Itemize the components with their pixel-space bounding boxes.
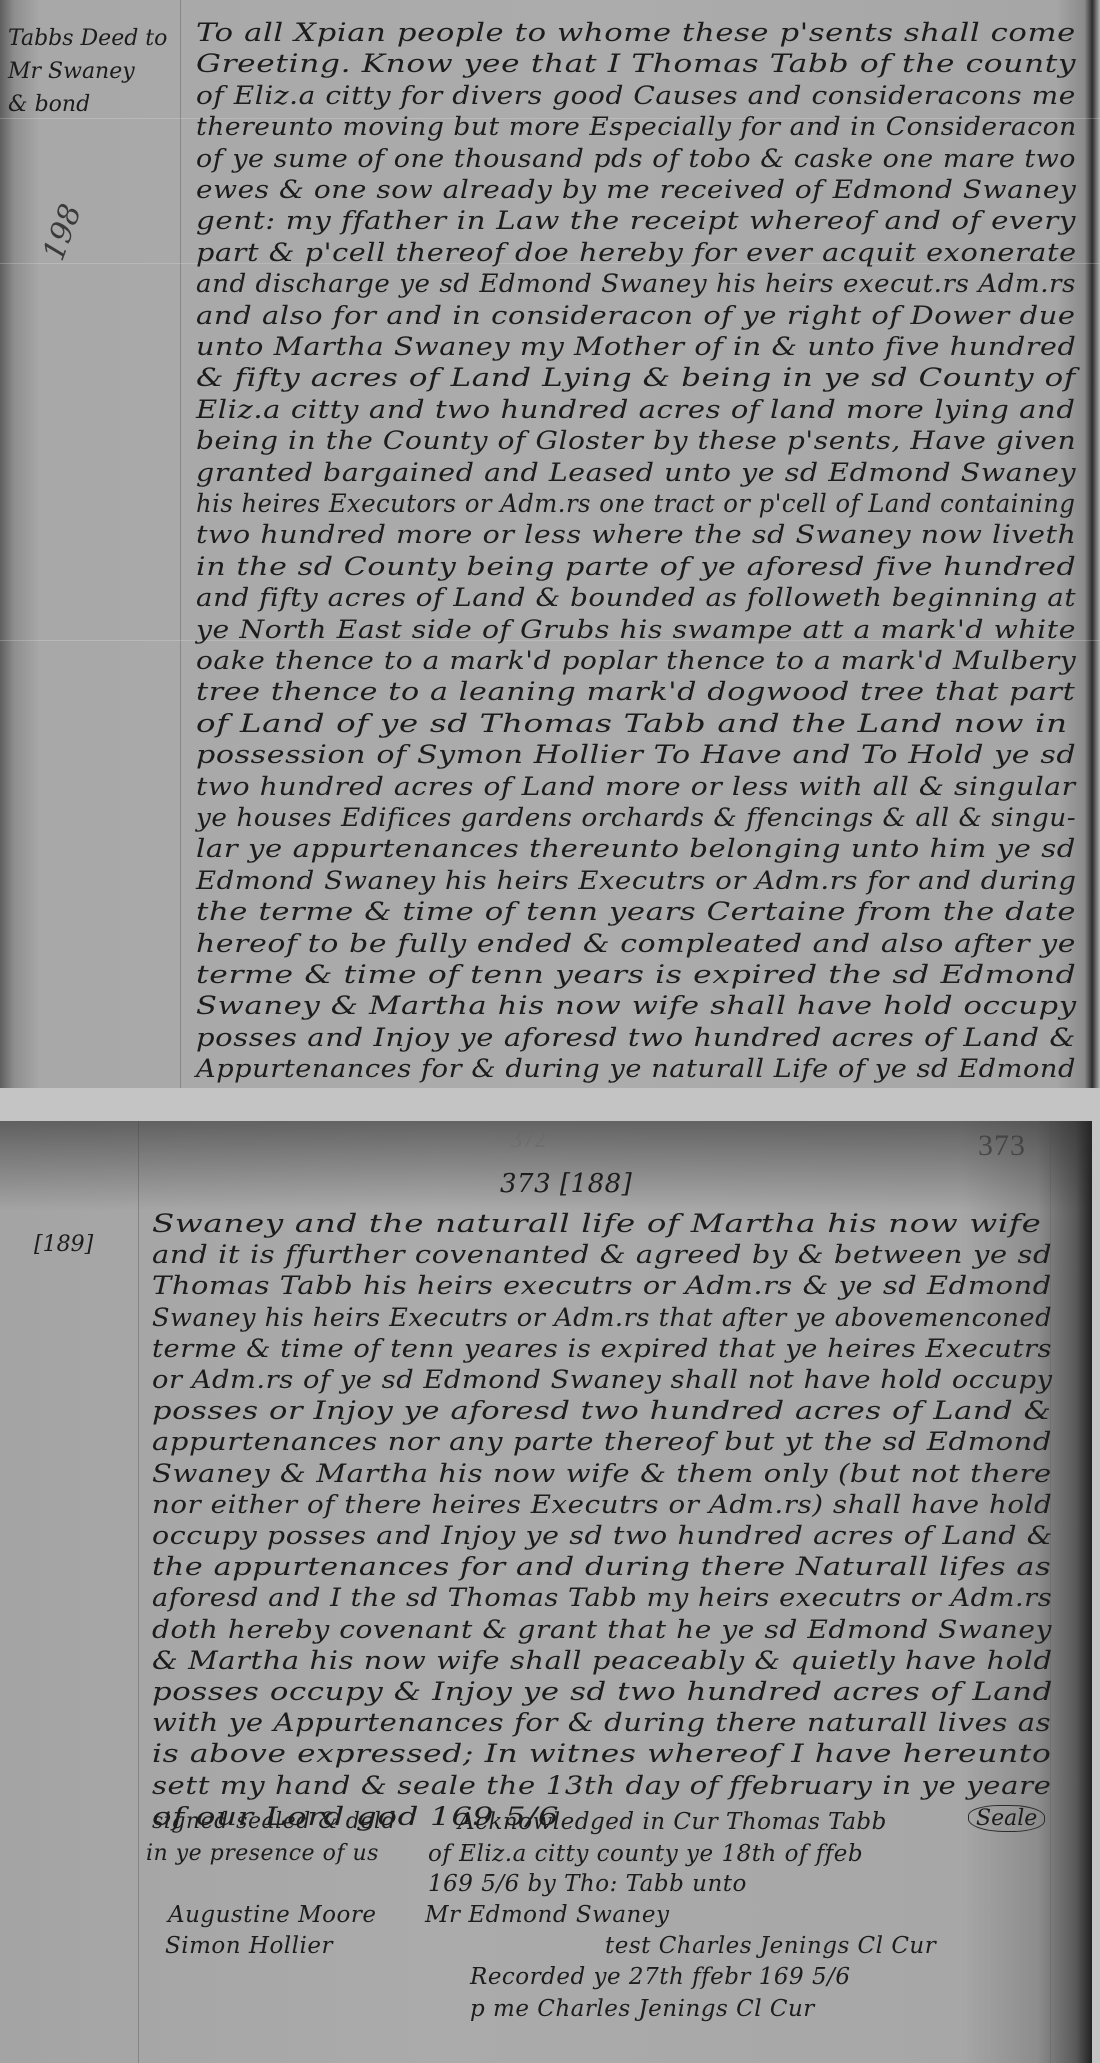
recorded-line: Recorded ye 27th ffebr 169 5/6	[470, 1964, 850, 1990]
deed-text-line: two hundred more or less where the sd Sw…	[196, 520, 1076, 549]
deed-text-line: Eliz.a citty and two hundred acres of la…	[196, 395, 1075, 424]
deed-text-line: aforesd and I the sd Thomas Tabb my heir…	[152, 1583, 1052, 1612]
acknowledgement-line: 169 5/6 by Tho: Tabb unto	[428, 1871, 747, 1897]
deed-text-line: tree thence to a leaning mark'd dogwood …	[196, 677, 1075, 706]
deed-text-line: Edmond Swaney his heirs Executrs or Adm.…	[196, 866, 1076, 895]
deed-text-line: appurtenances nor any parte thereof but …	[152, 1427, 1052, 1456]
deed-text-line: of Land of ye sd Thomas Tabb and the Lan…	[196, 709, 1068, 738]
deed-text-line: and discharge ye sd Edmond Swaney his he…	[196, 269, 1076, 298]
margin-note: Tabbs Deed to Mr Swaney & bond	[8, 22, 167, 121]
deed-text-line: the appurtenances for and during there N…	[152, 1552, 1051, 1581]
deed-text-line: oake thence to a mark'd poplar thence to…	[196, 646, 1076, 675]
deed-text-line: & fifty acres of Land Lying & being in y…	[196, 363, 1076, 392]
deed-text-line: Thomas Tabb his heirs executrs or Adm.rs…	[152, 1271, 1052, 1300]
witness-heading: signed sealed & deld	[152, 1809, 396, 1834]
deed-page-bottom: 372 373 373 [188] [189] Swaney and the n…	[0, 1121, 1092, 2063]
page-separator	[0, 1088, 1100, 1121]
witness-heading: in ye presence of us	[146, 1841, 379, 1866]
deed-text-line: with ye Appurtenances for & during there…	[152, 1708, 1051, 1737]
deed-text-line: Appurtenances for & during ye naturall L…	[196, 1054, 1076, 1083]
deed-text-line: of Eliz.a citty for divers good Causes a…	[196, 81, 1076, 110]
deed-text-line: and fifty acres of Land & bounded as fol…	[196, 583, 1076, 612]
deed-text-line: and it is ffurther covenanted & agreed b…	[152, 1240, 1052, 1269]
deed-text-line: posses or Injoy ye aforesd two hundred a…	[152, 1396, 1051, 1425]
deed-text-line: posses and Injoy ye aforesd two hundred …	[196, 1023, 1076, 1052]
deed-text-line: possession of Symon Hollier To Have and …	[196, 740, 1076, 769]
margin-note-line: & bond	[8, 88, 167, 121]
deed-text-line: posses occupy & Injoy ye sd two hundred …	[152, 1677, 1053, 1706]
deed-text-line: ewes & one sow already by me received of…	[196, 175, 1076, 204]
deed-text-line: terme & time of tenn years is expired th…	[196, 960, 1076, 989]
acknowledgement-line: Acknowledged in Cur Thomas Tabb	[458, 1809, 887, 1835]
margin-page-ref: [189]	[34, 1228, 93, 1261]
stamped-folio-number: 373	[978, 1129, 1026, 1163]
deed-text-line: and also for and in consideracon of ye r…	[196, 301, 1076, 330]
margin-note-line: Mr Swaney	[8, 55, 167, 88]
witness-name: Augustine Moore	[168, 1902, 376, 1928]
deed-text-line: hereof to be fully ended & compleated an…	[196, 929, 1076, 958]
deed-text-line: ye North East side of Grubs his swampe a…	[196, 615, 1076, 644]
margin-rule	[180, 0, 181, 1088]
acknowledgement-line: of Eliz.a citty county ye 18th of ffeb	[428, 1841, 863, 1867]
deed-text-line: occupy posses and Injoy ye sd two hundre…	[152, 1521, 1053, 1550]
faded-folio-number: 372	[510, 1127, 546, 1154]
deed-text-line: doth hereby covenant & grant that he ye …	[152, 1615, 1052, 1644]
deed-text-line: his heires Executors or Adm.rs one tract…	[196, 489, 1075, 518]
deed-text-line: unto Martha Swaney my Mother of in & unt…	[196, 332, 1076, 361]
deed-text-line: thereunto moving but more Especially for…	[196, 112, 1077, 141]
deed-text-line: the terme & time of tenn years Certaine …	[196, 897, 1076, 926]
deed-text-line: terme & time of tenn yeares is expired t…	[152, 1334, 1052, 1363]
deed-page-top: Tabbs Deed to Mr Swaney & bond 198 To al…	[0, 0, 1100, 1088]
deed-text-line: is above expressed; In witnes whereof I …	[152, 1739, 1051, 1768]
attestation-line: test Charles Jenings Cl Cur	[605, 1933, 936, 1959]
deed-text-line: being in the County of Gloster by these …	[196, 426, 1076, 455]
margin-note-line: Tabbs Deed to	[8, 22, 167, 55]
deed-text-line: & Martha his now wife shall peaceably & …	[152, 1646, 1053, 1675]
deed-text-line: granted bargained and Leased unto ye sd …	[196, 458, 1076, 487]
margin-rule	[138, 1121, 139, 2063]
deed-text-line: nor either of there heires Executrs or A…	[152, 1490, 1052, 1519]
deed-text-line: of ye sume of one thousand pds of tobo &…	[196, 144, 1076, 173]
witness-name: Simon Hollier	[165, 1933, 333, 1959]
deed-text-line: ye houses Edifices gardens orchards & ff…	[196, 803, 1076, 832]
deed-text-line: lar ye appurtenances thereunto belonging…	[196, 834, 1076, 863]
acknowledgement-line: Mr Edmond Swaney	[425, 1902, 669, 1928]
pencil-page-number: 198	[36, 200, 88, 266]
deed-text-line: Swaney and the naturall life of Martha h…	[152, 1209, 1041, 1238]
deed-text-line: Greeting. Know yee that I Thomas Tabb of…	[196, 49, 1076, 78]
deed-text-line: To all Xpian people to whome these p'sen…	[196, 18, 1076, 47]
deed-text-line: or Adm.rs of ye sd Edmond Swaney shall n…	[152, 1365, 1053, 1394]
deed-text-line: Swaney & Martha his now wife & them only…	[152, 1459, 1052, 1488]
deed-text-line: two hundred acres of Land more or less w…	[196, 772, 1076, 801]
deed-text-line: gent: my ffather in Law the receipt wher…	[196, 206, 1076, 235]
deed-text-line: Swaney his heirs Executrs or Adm.rs that…	[152, 1303, 1052, 1332]
deed-text-line: part & p'cell thereof doe hereby for eve…	[196, 238, 1077, 267]
seal-mark: Seale	[968, 1805, 1045, 1832]
deed-text-line: in the sd County being parte of ye afore…	[196, 552, 1076, 581]
deed-text-line: Swaney & Martha his now wife shall have …	[196, 991, 1077, 1020]
page-header: 373 [188]	[500, 1169, 632, 1199]
deed-text-line: sett my hand & seale the 13th day of ffe…	[152, 1771, 1051, 1800]
recorded-line: p me Charles Jenings Cl Cur	[470, 1996, 815, 2022]
